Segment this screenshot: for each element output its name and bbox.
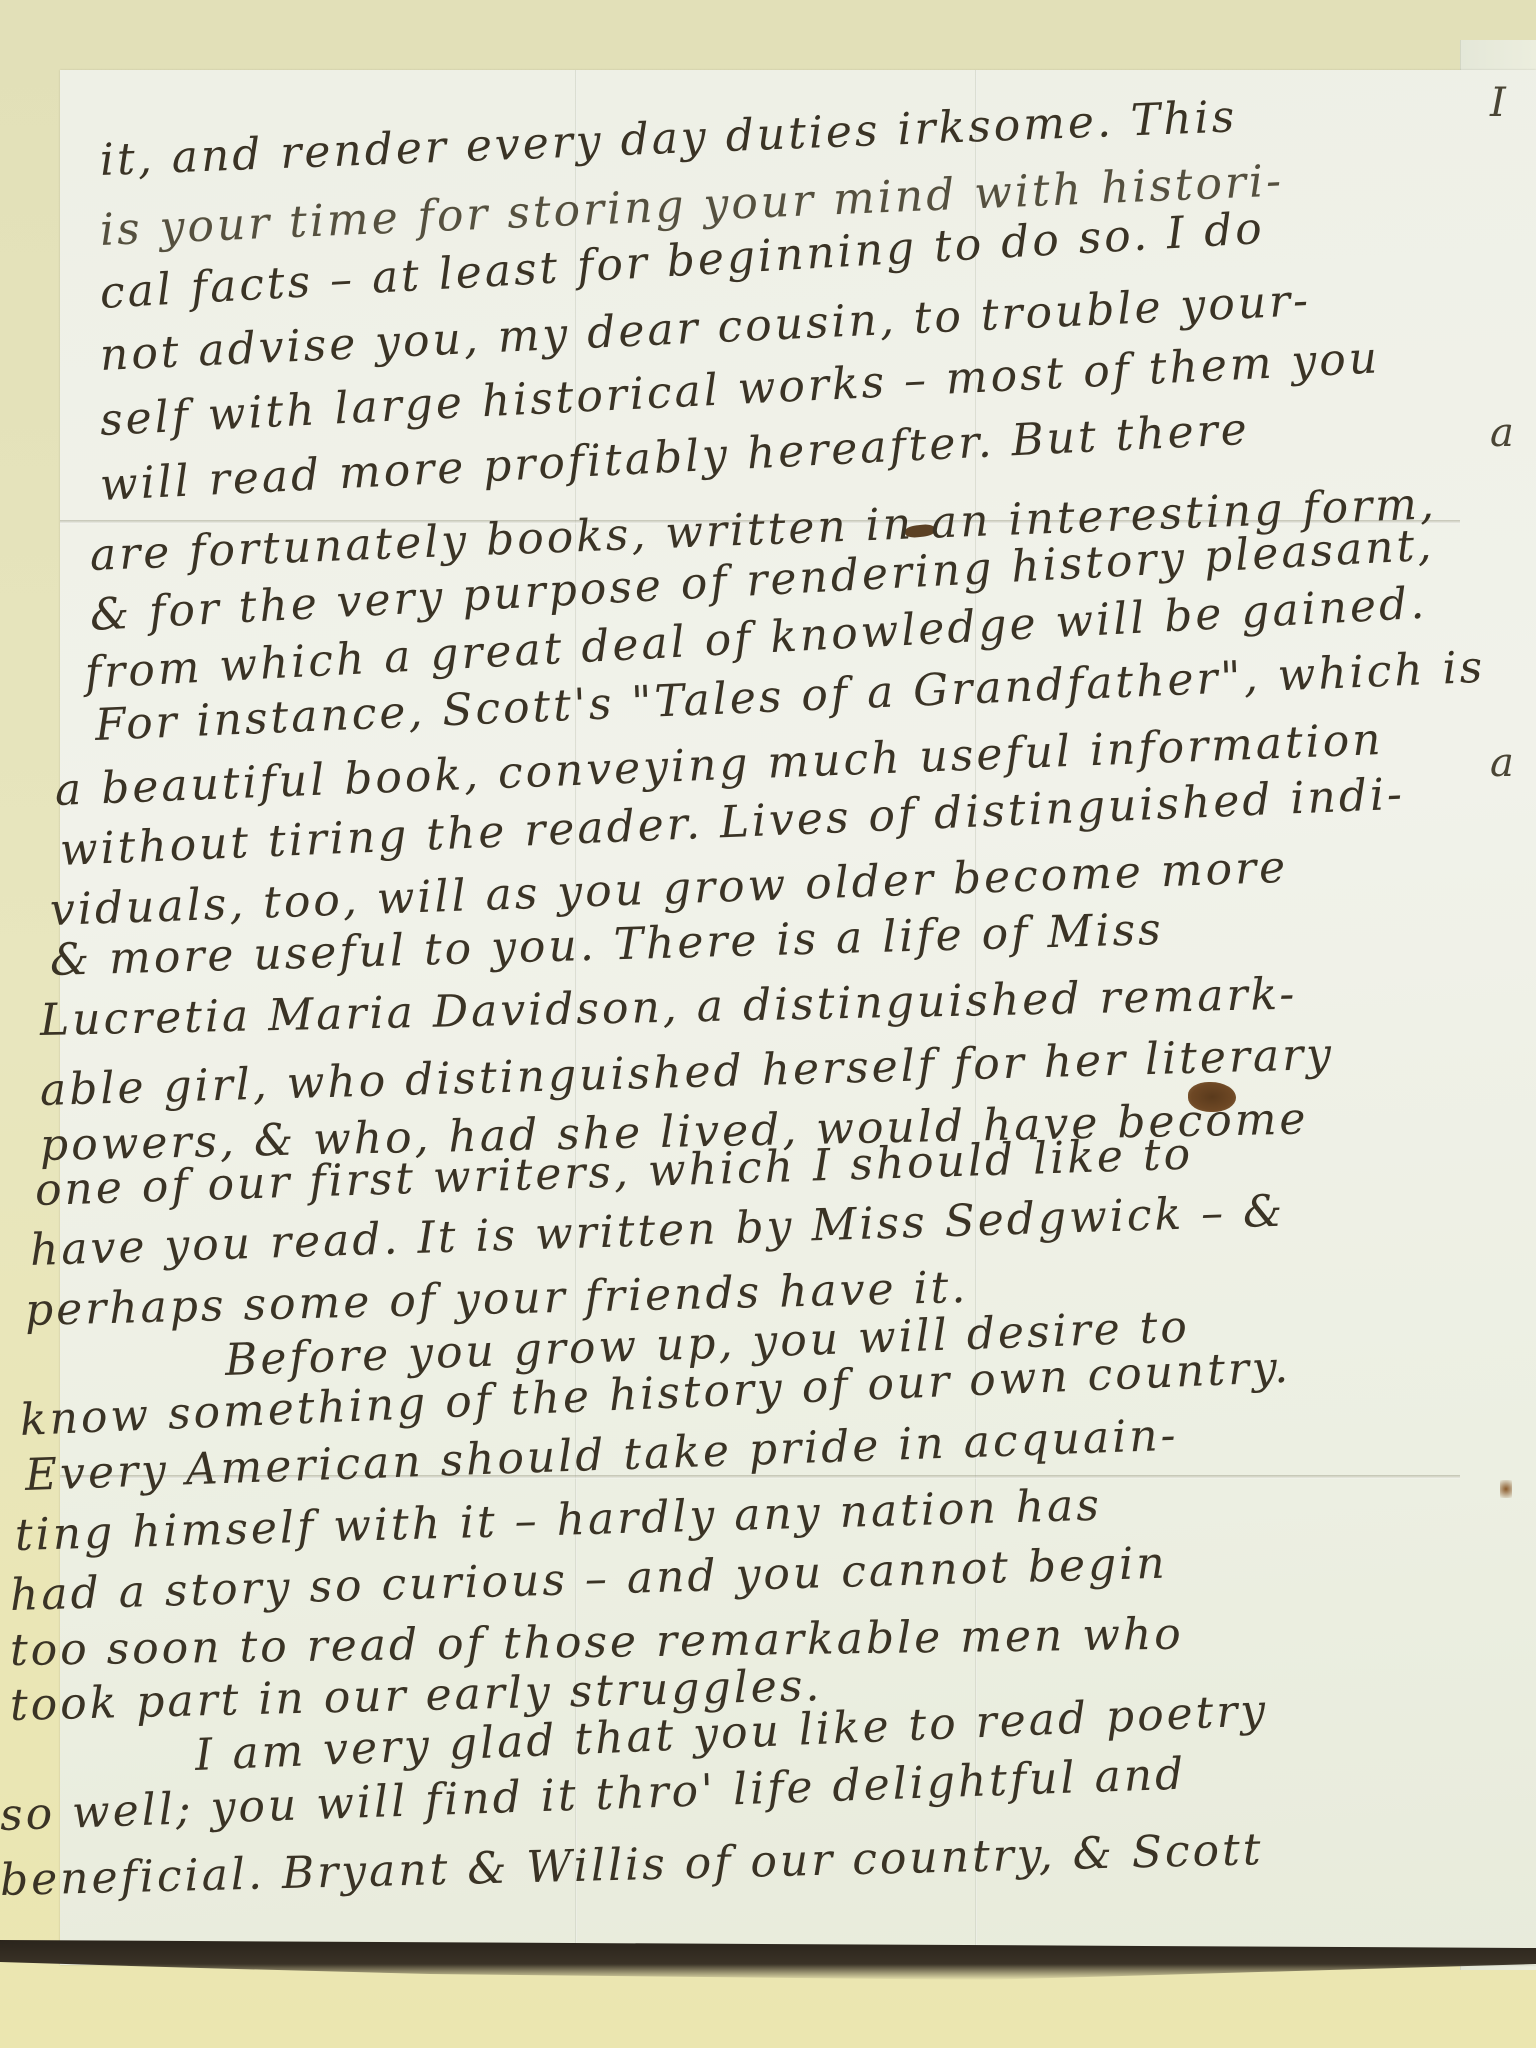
letter-body: it, and render every day duties irksome.… [0, 0, 1536, 2048]
adjacent-page-fragment: a [1490, 410, 1514, 456]
adjacent-page-fragment: I [1490, 80, 1506, 126]
letter-line: beneficial. Bryant & Willis of our count… [0, 1824, 1264, 1906]
adjacent-page-fragment: a [1490, 740, 1514, 786]
